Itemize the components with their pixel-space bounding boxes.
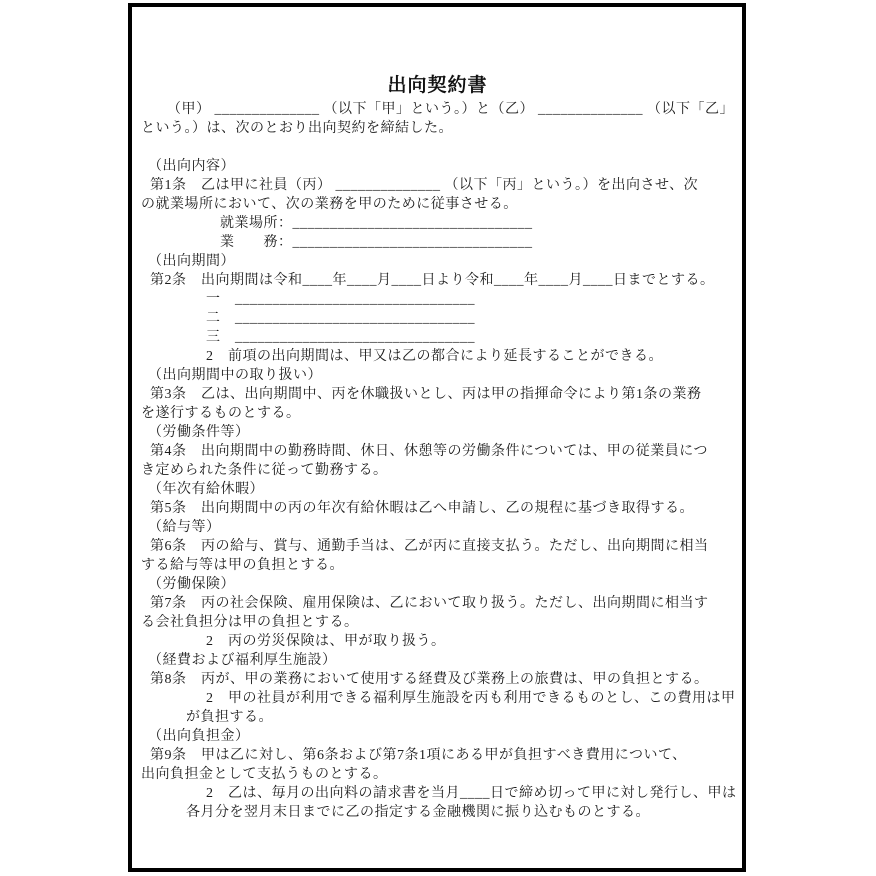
heading-secondment-period: （出向期間）	[148, 252, 734, 271]
heading-secondment-fee: （出向負担金）	[148, 727, 734, 746]
article-7-line-1: 第7条 丙の社会保険、雇用保険は、乙において取り扱う。ただし、出向期間に相当す	[150, 594, 734, 613]
article-8-para-2-line-1: 2 甲の社員が利用できる福利厚生施設を丙も利用できるものとし、この費用は甲	[206, 689, 734, 708]
work-location-field: 就業場所：________________________________	[220, 214, 734, 233]
article-4-line-2: き定められた条件に従って勤務する。	[141, 461, 734, 480]
duties-field: 業 務：________________________________	[220, 233, 734, 252]
article-2-para-2: 2 前項の出向期間は、甲又は乙の都合により延長することができる。	[206, 347, 734, 366]
heading-secondment-details: （出向内容）	[148, 157, 734, 176]
contract-page: 出向契約書 （甲） ______________ （以下「甲」という。）と（乙）…	[128, 3, 746, 872]
heading-salary: （給与等）	[148, 518, 734, 537]
period-item-1: 一 ________________________________	[206, 290, 734, 309]
heading-annual-paid-leave: （年次有給休暇）	[148, 480, 734, 499]
contract-content: 出向契約書 （甲） ______________ （以下「甲」という。）と（乙）…	[132, 7, 742, 822]
preamble-line-1: （甲） ______________ （以下「甲」という。）と（乙） _____…	[167, 100, 734, 119]
article-9-line-2: 出向負担金として支払うものとする。	[141, 765, 734, 784]
article-3-line-1: 第3条 乙は、出向期間中、丙を休職扱いとし、丙は甲の指揮命令により第1条の業務	[150, 385, 734, 404]
heading-labor-insurance: （労働保険）	[148, 575, 734, 594]
article-6-line-2: する給与等は甲の負担とする。	[141, 556, 734, 575]
article-8: 第8条 丙が、甲の業務において使用する経費及び業務上の旅費は、甲の負担とする。	[150, 670, 734, 689]
period-item-3: 三 ________________________________	[206, 328, 734, 347]
article-9-para-2-line-1: 2 乙は、毎月の出向料の請求書を当月____日で締め切って甲に対し発行し、甲は	[206, 784, 734, 803]
document-canvas: 出向契約書 （甲） ______________ （以下「甲」という。）と（乙）…	[0, 0, 876, 876]
article-3-line-2: を遂行するものとする。	[141, 404, 734, 423]
heading-working-conditions: （労働条件等）	[148, 423, 734, 442]
preamble-line-2: という。）は、次のとおり出向契約を締結した。	[141, 119, 734, 138]
article-2-line-1: 第2条 出向期間は令和____年____月____日より令和____年____月…	[150, 271, 734, 290]
heading-expenses-welfare: （経費および福利厚生施設）	[148, 651, 734, 670]
article-5: 第5条 出向期間中の丙の年次有給休暇は乙へ申請し、乙の規程に基づき取得する。	[150, 499, 734, 518]
article-8-para-2-line-2: が負担する。	[186, 708, 734, 727]
article-1-line-2: の就業場所において、次の業務を甲のために従事させる。	[141, 195, 734, 214]
article-6-line-1: 第6条 丙の給与、賞与、通勤手当は、乙が丙に直接支払う。ただし、出向期間に相当	[150, 537, 734, 556]
article-7-para-2: 2 丙の労災保険は、甲が取り扱う。	[206, 632, 734, 651]
article-9-para-2-line-2: 各月分を翌月末日までに乙の指定する金融機関に振り込むものとする。	[186, 803, 734, 822]
article-9-line-1: 第9条 甲は乙に対し、第6条および第7条1項にある甲が負担すべき費用について、	[150, 746, 734, 765]
document-title: 出向契約書	[141, 76, 734, 96]
heading-treatment-during-period: （出向期間中の取り扱い）	[148, 366, 734, 385]
spacer-line	[141, 138, 734, 157]
period-item-2: 二 ________________________________	[206, 309, 734, 328]
article-7-line-2: る会社負担分は甲の負担とする。	[141, 613, 734, 632]
article-4-line-1: 第4条 出向期間中の勤務時間、休日、休憩等の労働条件については、甲の従業員につ	[150, 442, 734, 461]
article-1-line-1: 第1条 乙は甲に社員（丙） ______________ （以下「丙」という。）…	[150, 176, 734, 195]
